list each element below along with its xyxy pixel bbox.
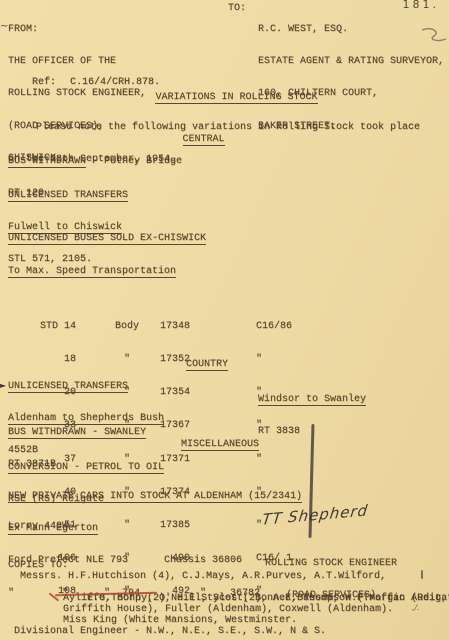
section-heading-country: COUNTRY <box>186 359 228 371</box>
fleet-number: STD 14 <box>8 322 76 333</box>
sale-ref: C16/86 <box>256 322 312 333</box>
pencil-tick-mark <box>421 570 423 579</box>
to-label: TO: <box>228 4 246 15</box>
copies-line: Messrs. H.F.Hutchison (4), C.J.Mays, A.R… <box>20 572 386 583</box>
table-row: STD 14Body17348C16/86 <box>8 322 312 334</box>
unlicensed-transfers-heading: UNLICENSED TRANSFERS <box>8 381 128 393</box>
body-label: Body <box>110 322 144 333</box>
pencil-squiggle-mark <box>420 26 448 48</box>
from-label: FROM: <box>8 25 146 36</box>
pencil-scratch-mark: ,/. <box>412 603 420 614</box>
to-line: R.C. WEST, ESQ. <box>258 25 444 36</box>
memo-page: FROM: THE OFFICER OF THE ROLLING STOCK E… <box>0 0 449 640</box>
signatory-title-line: ROLLING STOCK ENGINEER <box>252 559 410 570</box>
pencil-tick-mark: ~ <box>0 22 8 33</box>
bus-withdrawn-heading: BUS WITHDRAWN <box>8 156 86 168</box>
bus-withdrawn-detail: - Putney Bridge <box>86 156 182 167</box>
section-heading-miscellaneous: MISCELLANEOUS <box>181 439 259 451</box>
buses-sold-heading: UNLICENSED BUSES SOLD EX-CHISWICK <box>8 233 206 245</box>
pencil-arrow-mark: ► <box>0 381 6 392</box>
private-cars-heading: NEW PRIVATE CARS INTO STOCK AT ALDENHAM … <box>8 491 302 503</box>
section-heading-central: CENTRAL <box>183 134 225 146</box>
unlicensed-transfers-heading: UNLICENSED TRANSFERS <box>8 190 128 202</box>
signature-handwriting: TT Shepherd <box>262 505 369 525</box>
copies-divisional-line: Divisional Engineer - N.W., N.E., S.E., … <box>14 627 326 638</box>
body-number: 17348 <box>144 322 190 333</box>
page-number-handwritten: 181. <box>403 0 440 11</box>
to-line: ESTATE AGENT & RATING SURVEYOR, <box>258 57 444 68</box>
buses-sold-subheading: To Max. Speed Transportation <box>8 266 176 278</box>
transfer-route: Windsor to Swanley <box>258 394 366 406</box>
private-cars-subheading: Ex Mann Egerton <box>8 523 98 535</box>
